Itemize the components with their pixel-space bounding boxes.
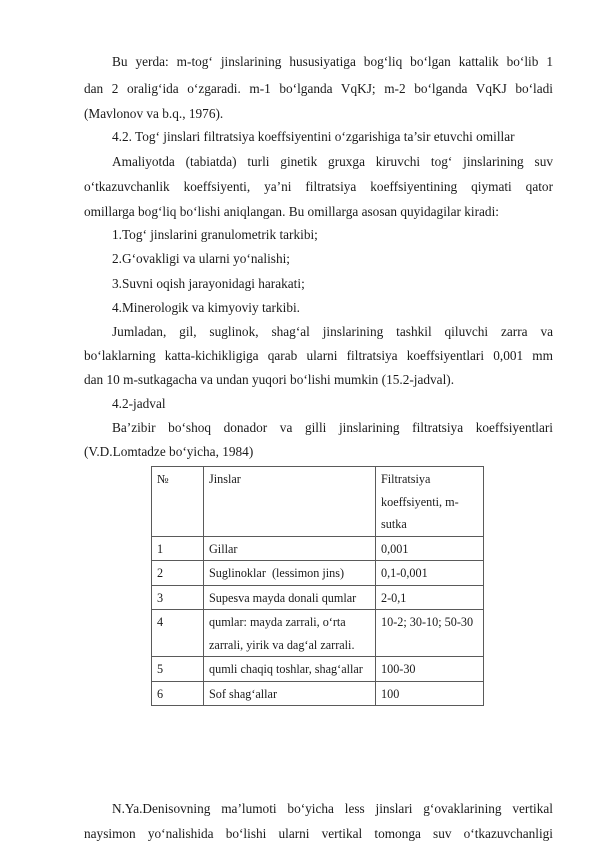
para1-line: (Mavlonov va b.q., 1976). bbox=[84, 106, 553, 122]
table-row: 4 qumlar: mayda zarrali, o‘rta zarrali, … bbox=[152, 610, 484, 657]
para4-line: N.Ya.Denisovning ma’lumoti bo‘yicha less… bbox=[112, 801, 553, 817]
cell-rock: Sof shag‘allar bbox=[204, 681, 376, 706]
cell-rock: qumli chaqiq toshlar, shag‘allar bbox=[204, 657, 376, 682]
cell-rock: Supesva mayda donali qumlar bbox=[204, 585, 376, 610]
table-row: 6 Sof shag‘allar 100 bbox=[152, 681, 484, 706]
table-caption-line: (V.D.Lomtadze bo‘yicha, 1984) bbox=[84, 444, 553, 460]
para2-line: Amaliyotda (tabiatda) turli ginetik grux… bbox=[112, 154, 553, 170]
para3-line: Jumladan, gil, suglinok, shag‘al jinslar… bbox=[112, 324, 553, 340]
cell-rock: Suglinoklar (lessimon jins) bbox=[204, 561, 376, 586]
header-rocks: Jinslar bbox=[204, 467, 376, 537]
table-header-row: № Jinslar Filtratsiya koeffsiyenti, m-su… bbox=[152, 467, 484, 537]
filtration-coefficient-table: № Jinslar Filtratsiya koeffsiyenti, m-su… bbox=[151, 466, 484, 706]
header-coefficient: Filtratsiya koeffsiyenti, m-sutka bbox=[376, 467, 484, 537]
list-item: 4.Minerologik va kimyoviy tarkibi. bbox=[112, 300, 553, 316]
para2-line: omillarga bog‘liq bo‘lishi aniqlangan. B… bbox=[84, 204, 553, 220]
para4-line: naysimon yo‘nalishida bo‘lishi ularni ve… bbox=[84, 826, 553, 842]
table-caption-line: Ba’zibir bo‘shoq donador va gilli jinsla… bbox=[112, 420, 553, 436]
header-number: № bbox=[152, 467, 204, 537]
list-item: 2.G‘ovakligi va ularni yo‘nalishi; bbox=[112, 251, 553, 267]
cell-coefficient: 100 bbox=[376, 681, 484, 706]
table-label: 4.2-jadval bbox=[112, 396, 553, 412]
cell-number: 4 bbox=[152, 610, 204, 657]
cell-coefficient: 0,001 bbox=[376, 536, 484, 561]
cell-coefficient: 2-0,1 bbox=[376, 585, 484, 610]
table-row: 3 Supesva mayda donali qumlar 2-0,1 bbox=[152, 585, 484, 610]
para3-line: dan 10 m-sutkagacha va undan yuqori bo‘l… bbox=[84, 372, 553, 388]
table-row: 2 Suglinoklar (lessimon jins) 0,1-0,001 bbox=[152, 561, 484, 586]
cell-number: 5 bbox=[152, 657, 204, 682]
para3-line: bo‘laklarning katta-kichikligiga qarab u… bbox=[84, 348, 553, 364]
cell-number: 1 bbox=[152, 536, 204, 561]
cell-number: 6 bbox=[152, 681, 204, 706]
cell-rock: qumlar: mayda zarrali, o‘rta zarrali, yi… bbox=[204, 610, 376, 657]
list-item: 3.Suvni oqish jarayonidagi harakati; bbox=[112, 276, 553, 292]
para1-line: dan 2 oralig‘ida o‘zgaradi. m-1 bo‘lgand… bbox=[84, 81, 553, 97]
cell-coefficient: 100-30 bbox=[376, 657, 484, 682]
section-heading: 4.2. Tog‘ jinslari filtratsiya koeffsiye… bbox=[112, 129, 553, 145]
table-row: 5 qumli chaqiq toshlar, shag‘allar 100-3… bbox=[152, 657, 484, 682]
cell-rock: Gillar bbox=[204, 536, 376, 561]
para2-line: o‘tkazuvchanlik koeffsiyenti, ya’ni filt… bbox=[84, 179, 553, 195]
cell-coefficient: 10-2; 30-10; 50-30 bbox=[376, 610, 484, 657]
list-item: 1.Tog‘ jinslarini granulometrik tarkibi; bbox=[112, 227, 553, 243]
cell-number: 3 bbox=[152, 585, 204, 610]
para1-line: Bu yerda: m-tog‘ jinslarining hususiyati… bbox=[112, 54, 553, 70]
cell-coefficient: 0,1-0,001 bbox=[376, 561, 484, 586]
table-row: 1 Gillar 0,001 bbox=[152, 536, 484, 561]
cell-number: 2 bbox=[152, 561, 204, 586]
